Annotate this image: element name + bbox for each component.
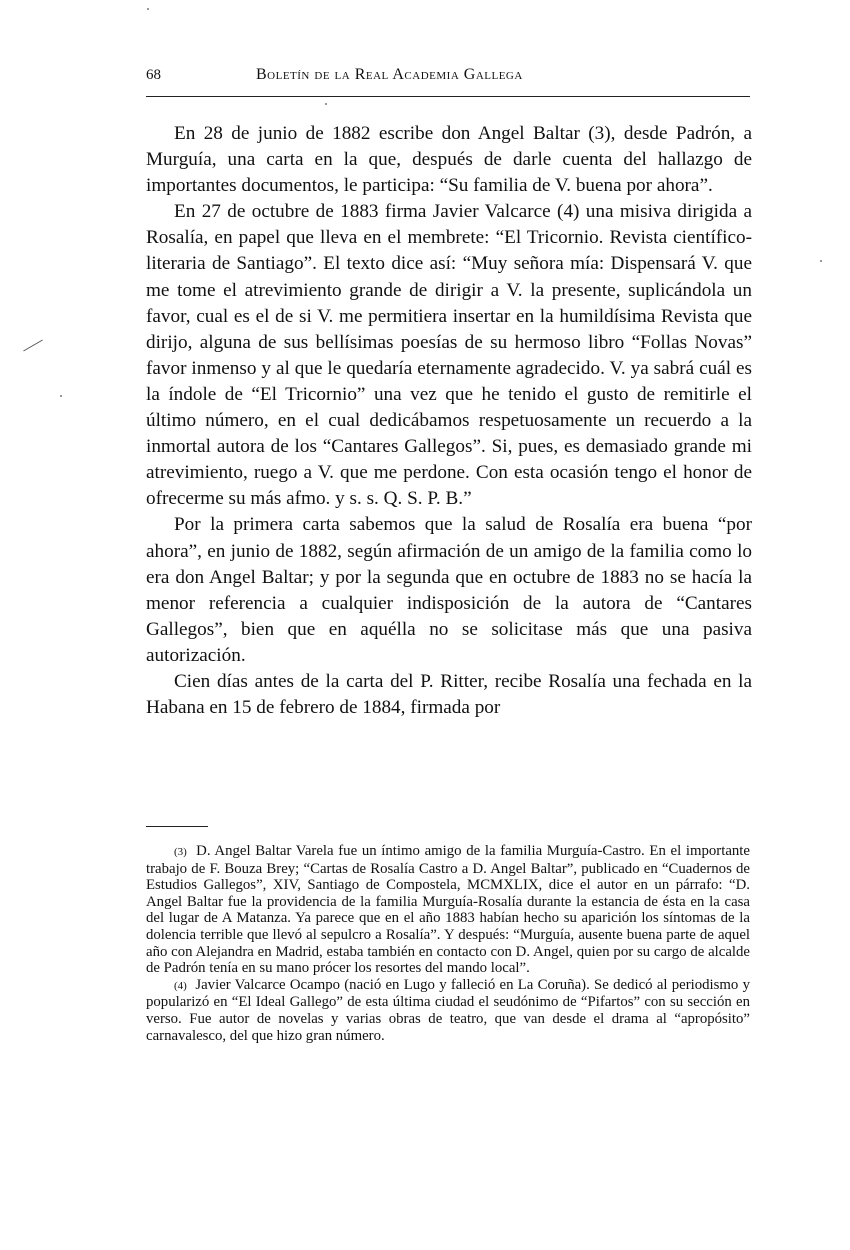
scan-speck xyxy=(820,260,822,262)
scanned-page: 68 Boletín de la Real Academia Gallega E… xyxy=(0,0,850,1250)
paragraph: Cien días antes de la carta del P. Ritte… xyxy=(146,669,752,721)
margin-pencil-mark xyxy=(23,340,43,352)
footnote-4: (4) Javier Valcarce Ocampo (nació en Lug… xyxy=(146,977,750,1044)
footnote-mark: (4) xyxy=(174,980,187,992)
page-header: 68 Boletín de la Real Academia Gallega xyxy=(146,63,750,87)
paragraph: Por la primera carta sabemos que la salu… xyxy=(146,512,752,669)
page-number: 68 xyxy=(146,67,161,84)
paragraph: En 27 de octubre de 1883 firma Javier Va… xyxy=(146,199,752,512)
header-rule xyxy=(146,96,750,97)
footnote-3: (3) D. Angel Baltar Varela fue un íntimo… xyxy=(146,843,750,977)
footnote-text: Javier Valcarce Ocampo (nació en Lugo y … xyxy=(146,977,750,1044)
footnote-text: D. Angel Baltar Varela fue un íntimo ami… xyxy=(146,843,750,976)
running-title: Boletín de la Real Academia Gallega xyxy=(256,66,523,84)
footnote-mark: (3) xyxy=(174,846,187,858)
body-text: En 28 de junio de 1882 escribe don Angel… xyxy=(146,121,752,721)
scan-speck xyxy=(60,395,62,397)
scan-speck xyxy=(147,8,149,10)
scan-speck xyxy=(325,103,327,105)
footnotes: (3) D. Angel Baltar Varela fue un íntimo… xyxy=(146,843,750,1044)
footnote-rule xyxy=(146,826,208,827)
paragraph: En 28 de junio de 1882 escribe don Angel… xyxy=(146,121,752,199)
